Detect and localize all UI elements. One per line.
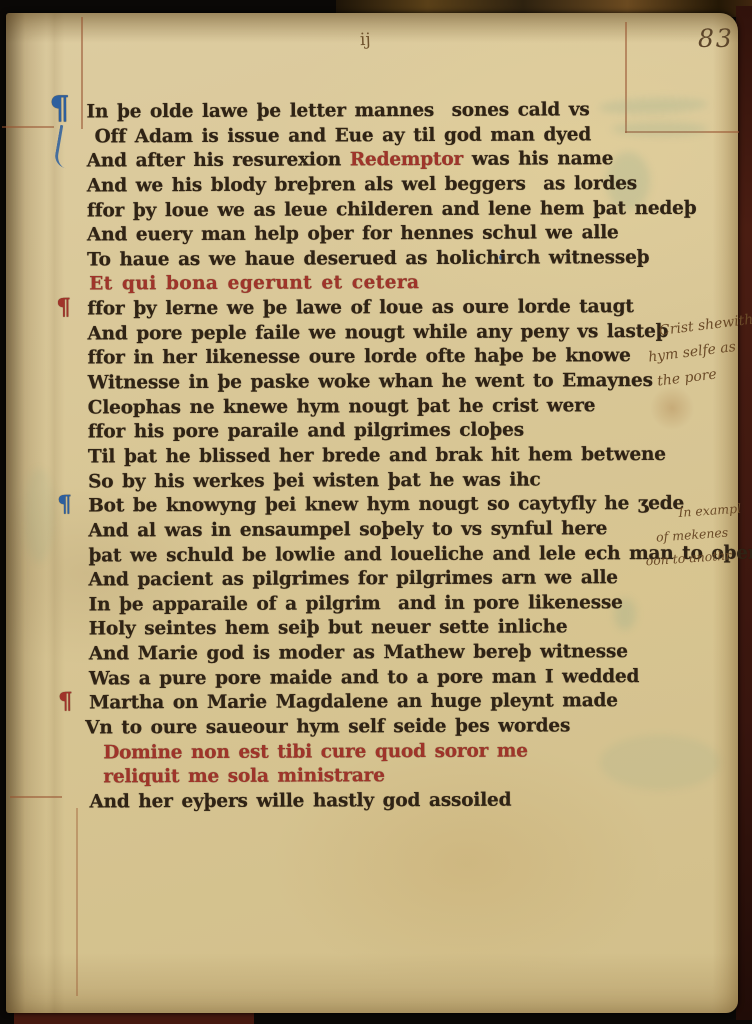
paraph-mark-icon: ¶ [57,493,72,518]
text-line: Holy seintes hem seiþ but neuer sette in… [89,615,752,643]
text-segment: Et qui bona egerunt et cetera [89,272,419,294]
text-line: reliquit me sola ministrare [103,763,752,790]
text-line: And Marie god is moder as Mathew bereþ w… [89,640,752,668]
ruling-line-bottom-left-horizontal [10,796,62,798]
text-segment: Domine non est tibi cure quod soror me [103,740,528,763]
text-segment: And pacient as pilgrimes for pilgrimes a… [88,567,617,590]
text-line: In þe apparaile of a pilgrim and in pore… [89,590,752,618]
text-segment: Martha on Marie Magdalene an huge pleynt… [89,691,618,714]
text-line: So by his werkes þei wisten þat he was i… [88,467,752,495]
ruling-line-top-left-horizontal [2,126,54,128]
paraph-mark-icon: ¶ [56,296,71,321]
text-line: Domine non est tibi cure quod soror me [103,738,752,765]
text-segment: Holy seintes hem seiþ but neuer sette in… [89,617,568,640]
text-segment: ffor þy loue we as leue childeren and le… [87,197,697,221]
text-line: Was a pure pore maide and to a pore man … [89,664,752,692]
folio-page-number: 83 [698,24,734,53]
text-segment: Cleophas ne knewe hym nougt þat he crist… [88,395,596,418]
text-segment: reliquit me sola ministrare [103,765,384,787]
text-line: ffor his pore paraile and pilgrimes cloþ… [88,418,752,446]
text-segment: And her eyþers wille hastly god assoiled [89,790,511,813]
text-segment: To haue as we haue deserued as holichirc… [87,247,649,270]
ruling-line-bottom-left-vertical [76,808,78,996]
text-line: ffor þy loue we as leue childeren and le… [87,196,752,224]
ink-showthrough-mark [24,468,54,563]
ruling-line-top-left-vertical [81,17,83,129]
text-segment: So by his werkes þei wisten þat he was i… [88,469,541,492]
paraph-mark-icon: ¶ [58,690,73,715]
text-segment: And we his blody breþren als wel beggers… [87,173,637,196]
text-line: And we his blody breþren als wel beggers… [87,171,752,199]
text-line: And euery man help oþer for hennes schul… [87,221,752,249]
text-segment: Off Adam is issue and Eue ay til god man… [95,124,592,147]
manuscript-text-block: ¶In þe olde lawe þe letter mannes sones … [86,98,752,815]
manuscript-photo: ij 83 ¶In þe olde lawe þe letter mannes … [0,0,752,1024]
text-segment: ffor his pore paraile and pilgrimes cloþ… [88,420,524,443]
text-line: Til þat he blissed her brede and brak hi… [88,443,752,471]
text-segment: And Marie god is moder as Mathew bereþ w… [89,641,628,664]
text-line: And after his resurexion Redemptor was h… [87,147,752,175]
text-line: ¶In þe olde lawe þe letter mannes sones … [86,98,752,126]
text-line: To haue as we haue deserued as holichirc… [87,245,752,273]
text-segment: Was a pure pore maide and to a pore man … [89,666,639,689]
text-segment: was his name [463,148,613,170]
text-segment: And al was in ensaumpel soþely to vs syn… [88,518,607,541]
text-line: Off Adam is issue and Eue ay til god man… [95,122,752,150]
text-segment: And after his resurexion [87,150,350,172]
text-segment: In þe apparaile of a pilgrim and in pore… [89,592,623,615]
text-segment: Redemptor [350,149,463,170]
text-segment: ffor þy lerne we þe lawe of loue as oure… [87,296,633,319]
paraph-mark-icon: ¶ [49,96,69,121]
text-line: ¶ffor þy lerne we þe lawe of loue as our… [87,295,752,323]
text-segment: And euery man help oþer for hennes schul… [87,222,619,245]
text-segment: In þe olde lawe þe letter mannes sones c… [86,99,589,122]
text-line: And her eyþers wille hastly god assoiled [89,787,752,815]
margin-note-example-of-mekenes: In examplof mekenesoon to anothr [642,497,745,573]
quire-mark: ij [360,30,371,50]
text-line: Vn to oure saueour hym self seide þes wo… [85,714,752,742]
margin-note-crist-sheweth: Crist shewithhym selfe asthe pore [644,308,752,396]
text-segment: Til þat he blissed her brede and brak hi… [88,444,666,468]
text-line: Cleophas ne knewe hym nougt þat he crist… [88,393,752,421]
text-segment: And pore peple faile we nougt while any … [87,321,668,345]
text-segment: Witnesse in þe paske woke whan he went t… [88,370,653,393]
text-segment: Vn to oure saueour hym self seide þes wo… [85,715,570,738]
text-segment: Bot be knowyng þei knew hym nougt so cay… [88,493,684,517]
text-line: ¶Martha on Marie Magdalene an huge pleyn… [89,689,752,717]
margin-note-line: In exampl [678,497,742,524]
text-segment: ffor in her likenesse oure lorde ofte ha… [88,345,631,368]
text-line: Et qui bona egerunt et cetera [89,270,752,298]
